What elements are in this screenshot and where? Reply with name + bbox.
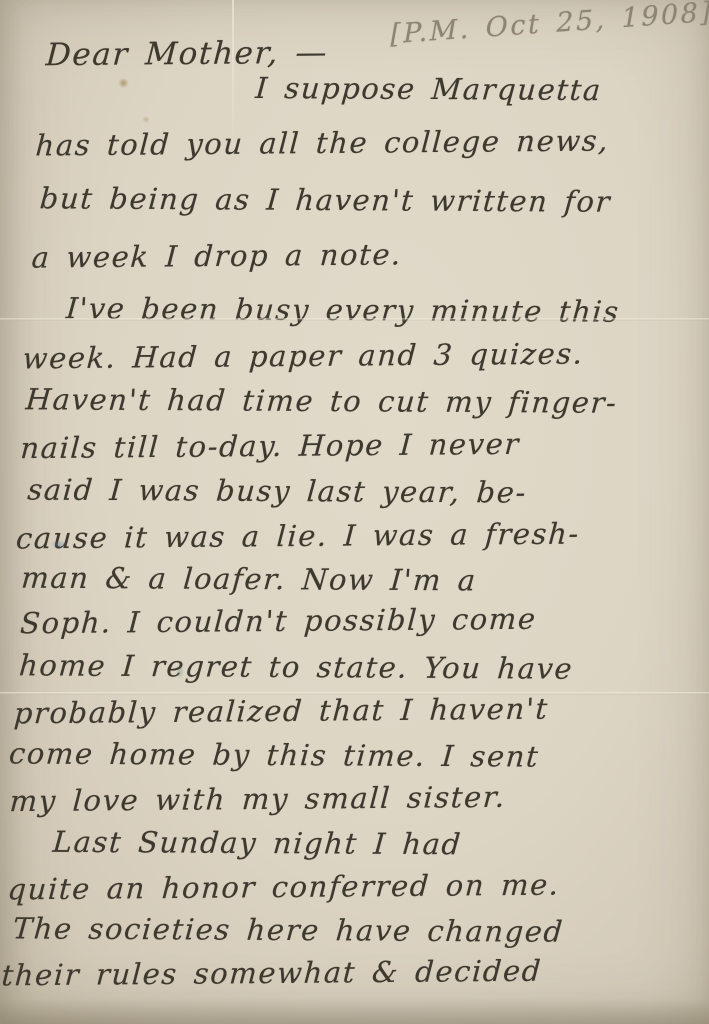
handwritten-letter-page: [P.M. Oct 25, 1908] Dear Mother, — I sup… xyxy=(0,0,709,1024)
letter-line: their rules somewhat & decided xyxy=(1,954,544,993)
letter-line: I've been busy every minute this xyxy=(65,291,621,328)
letter-line: said I was busy last year, be- xyxy=(26,472,528,509)
letter-line: come home by this time. I sent xyxy=(8,736,541,773)
letter-line: a week I drop a note. xyxy=(31,237,403,274)
letter-line: quite an honor conferred on me. xyxy=(7,868,561,907)
letter-salutation: Dear Mother, — xyxy=(45,35,329,73)
letter-line: I suppose Marquetta xyxy=(254,71,603,107)
letter-line: probably realized that I haven't xyxy=(13,692,550,731)
letter-line: my love with my small sister. xyxy=(9,780,507,818)
letter-line: home I regret to state. You have xyxy=(18,648,575,685)
letter-line: nails till to-day. Hope I never xyxy=(19,427,521,465)
letter-line: Soph. I couldn't possibly come xyxy=(19,602,538,641)
letter-line: Haven't had time to cut my finger- xyxy=(25,382,619,420)
letter-line: cause it was a lie. I was a fresh- xyxy=(15,517,581,556)
letter-line: has told you all the college news, xyxy=(35,123,611,162)
letter-line: but being as I haven't written for xyxy=(39,181,613,218)
paper-edge-shadow xyxy=(0,998,709,1024)
letter-line: man & a loafer. Now I'm a xyxy=(20,561,478,598)
letter-line: Last Sunday night I had xyxy=(52,825,463,861)
letter-line: The societies here have changed xyxy=(12,911,566,948)
letter-line: week. Had a paper and 3 quizes. xyxy=(22,337,585,376)
letter-body: Dear Mother, — I suppose Marquetta has t… xyxy=(0,0,709,1024)
